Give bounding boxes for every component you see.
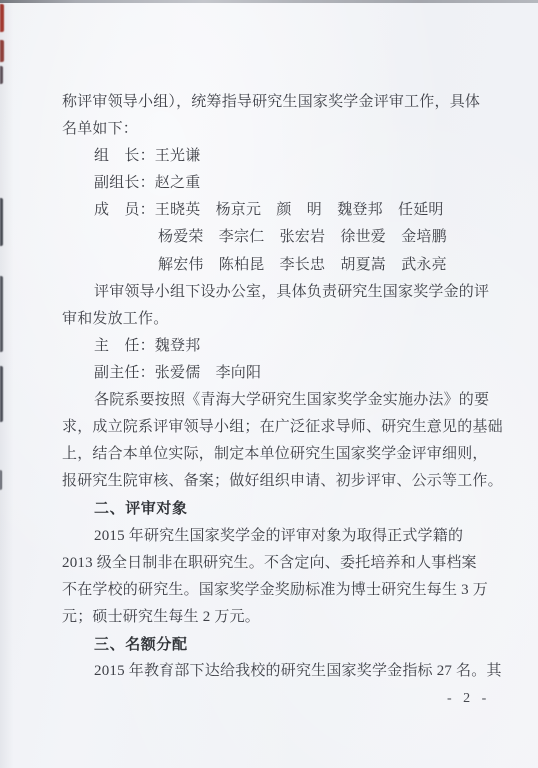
text-line: 名单如下： [62,116,504,143]
text-line: 评审领导小组下设办公室，具体负责研究生国家奖学金的评 [62,279,504,306]
text-line: 2015 年研究生国家奖学金的评审对象为取得正式学籍的 [62,523,504,550]
text-line: 称评审领导小组），统筹指导研究生国家奖学金评审工作，具体 [62,89,504,116]
text-line: 元；硕士研究生每生 2 万元。 [62,604,504,631]
text-line: 求，成立院系评审领导小组；在广泛征求导师、研究生意见的基础 [62,414,504,441]
text-line: 三、名额分配 [62,631,504,658]
scan-edge-mark [0,4,4,32]
text-line: 2015 年教育部下达给我校的研究生国家奖学金指标 27 名。其 [62,658,504,685]
text-line: 杨爱荣 李宗仁 张宏岩 徐世爱 金培鹏 [62,224,504,251]
text-line: 成 员：王晓英 杨京元 颜 明 魏登邦 任延明 [62,197,504,224]
text-line: 副组长：赵之重 [62,170,504,197]
scan-edge-mark [0,40,4,62]
text-line: 2013 级全日制非在职研究生。不含定向、委托培养和人事档案 [62,550,504,577]
scan-edge-mark [0,276,3,352]
text-line: 解宏伟 陈柏昆 李长忠 胡夏嵩 武永亮 [62,252,504,279]
text-line: 副主任：张爱儒 李向阳 [62,360,504,387]
page-number: - 2 - [447,691,490,707]
text-line: 各院系要按照《青海大学研究生国家奖学金实施办法》的要 [62,387,504,414]
text-line: 审和发放工作。 [62,306,504,333]
scan-edge-mark [0,470,2,490]
text-line: 主 任：魏登邦 [62,333,504,360]
scanned-page: 称评审领导小组），统筹指导研究生国家奖学金评审工作，具体名单如下：组 长：王光谦… [0,0,538,768]
text-line: 上，结合本单位实际，制定本单位研究生国家奖学金评审细则， [62,441,504,468]
text-line: 组 长：王光谦 [62,143,504,170]
text-line: 不在学校的研究生。国家奖学金奖励标准为博士研究生每生 3 万 [62,577,504,604]
scan-top-edge-shadow [0,0,538,3]
scan-edge-mark [0,66,3,84]
scan-edge-mark [0,198,3,246]
document-lines: 称评审领导小组），统筹指导研究生国家奖学金评审工作，具体名单如下：组 长：王光谦… [62,89,504,685]
text-line: 二、评审对象 [62,495,504,522]
scan-edge-mark [0,366,3,422]
text-line: 报研究生院审核、备案；做好组织申请、初步评审、公示等工作。 [62,468,504,495]
